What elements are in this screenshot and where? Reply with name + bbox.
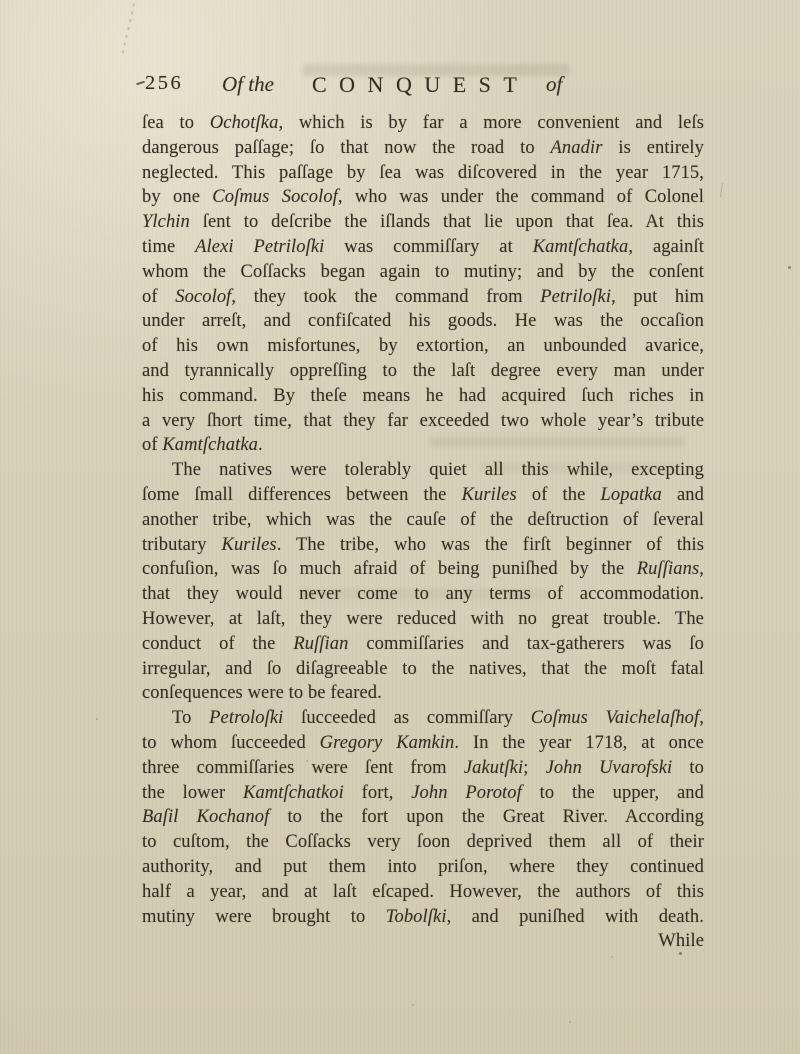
text-segment: commiſſaries and tax-gatherers was ſo — [348, 634, 704, 654]
text-segment-italic: Baſil Kochanof — [142, 807, 269, 827]
paper-speck — [412, 1004, 414, 1006]
text-segment: irregular, and ſo diſagreeable to the na… — [142, 659, 704, 679]
text-segment: dangerous paſſage; ſo that now the road … — [142, 138, 551, 158]
text-segment: fort, — [344, 783, 411, 803]
text-segment: of the — [517, 485, 601, 505]
text-line: his command. By theſe means he had acqui… — [142, 384, 704, 409]
text-segment: authority, and put them into priſon, whe… — [142, 857, 704, 877]
text-segment-italic: Jakutſki — [464, 758, 523, 778]
text-segment: ſome ſmall differences between the — [142, 485, 462, 505]
text-segment: his command. By theſe means he had acqui… — [142, 386, 704, 406]
text-segment: confuſion, was ſo much afraid of being p… — [142, 559, 637, 579]
text-segment-italic: Tobolſki — [386, 907, 447, 927]
body-text: ſea to Ochotſka, which is by far a more … — [142, 111, 704, 954]
text-segment: under arreſt, and confiſcated his goods.… — [142, 311, 704, 331]
text-segment-italic: John Porotof — [411, 783, 522, 803]
text-segment: ſucceeded as commiſſary — [283, 708, 530, 728]
book-page: 256 Of the CONQUEST of ſea to Ochotſka, … — [0, 0, 800, 1054]
text-segment-italic: Kamtſchatka — [162, 435, 258, 455]
crease-mark — [121, 0, 137, 56]
text-segment-italic: Anadir — [551, 138, 603, 158]
text-line: to cuſtom, the Coſſacks very ſoon depriv… — [142, 830, 704, 855]
text-segment: half a year, and at laſt eſcaped. Howeve… — [142, 882, 704, 902]
text-segment: to whom ſucceeded — [142, 733, 320, 753]
text-line: another tribe, which was the cauſe of th… — [142, 508, 704, 533]
paper-speck — [96, 718, 98, 720]
text-line: three commiſſaries were ſent from Jakutſ… — [142, 756, 704, 781]
text-segment-italic: Alexi Petriloſki — [195, 237, 324, 257]
text-segment-italic: Ylchin — [142, 212, 190, 232]
text-line: ſome ſmall differences between the Kuril… — [142, 483, 704, 508]
text-segment: was commiſſary at — [324, 237, 532, 257]
text-segment: of his own misfortunes, by extortion, an… — [142, 336, 704, 356]
text-line: irregular, and ſo diſagreeable to the na… — [142, 657, 704, 682]
text-segment-italic: Kuriles — [222, 535, 277, 555]
paper-speck — [569, 1021, 571, 1023]
text-line: of his own misfortunes, by extortion, an… — [142, 334, 704, 359]
text-segment: the lower — [142, 783, 243, 803]
header-title: CONQUEST — [312, 72, 529, 98]
text-segment-italic: Petroloſki — [209, 708, 283, 728]
text-segment: . In the year 1718, at once — [454, 733, 704, 753]
running-header: 256 Of the CONQUEST of — [142, 70, 704, 100]
text-line: mutiny were brought to Tobolſki, and pun… — [142, 905, 704, 930]
text-line: conſequences were to be feared. — [142, 681, 704, 706]
text-segment: to cuſtom, the Coſſacks very ſoon depriv… — [142, 832, 704, 852]
text-segment: a very ſhort time, that they far exceede… — [142, 411, 704, 431]
text-segment: , — [699, 708, 704, 728]
text-line: and tyrannically oppreſſing to the laſt … — [142, 359, 704, 384]
text-segment: time — [142, 237, 195, 257]
text-segment-italic: Ruſſians — [637, 559, 699, 579]
text-segment: However, at laſt, they were reduced with… — [142, 609, 704, 629]
text-segment: and — [662, 485, 704, 505]
text-segment: ſent to deſcribe the iſlands that lie up… — [190, 212, 704, 232]
text-segment: by one — [142, 187, 212, 207]
text-segment-italic: Kuriles — [462, 485, 517, 505]
text-segment: To — [172, 708, 209, 728]
text-line: conduct of the Ruſſian commiſſaries and … — [142, 632, 704, 657]
header-of-the: Of the — [222, 72, 274, 97]
text-line: of Socolof, they took the command from P… — [142, 285, 704, 310]
text-segment: conſequences were to be feared. — [142, 683, 382, 703]
text-line: dangerous paſſage; ſo that now the road … — [142, 136, 704, 161]
text-line: the lower Kamtſchatkoi fort, John Poroto… — [142, 781, 704, 806]
text-segment-italic: Socolof — [175, 287, 231, 307]
text-line: to whom ſucceeded Gregory Kamkin. In the… — [142, 731, 704, 756]
text-segment: , againſt — [628, 237, 704, 257]
text-segment: , — [699, 559, 704, 579]
text-segment: that they would never come to any terms … — [142, 584, 704, 604]
text-segment: . — [258, 435, 263, 455]
text-segment: The natives were tolerably quiet all thi… — [172, 460, 704, 480]
text-segment: , they took the command from — [231, 287, 540, 307]
text-segment-italic: Petriloſki — [540, 287, 611, 307]
text-segment: , which is by far a more convenient and … — [278, 113, 704, 133]
text-segment-italic: Coſmus Socolof — [212, 187, 338, 207]
text-segment: . The tribe, who was the firſt beginner … — [277, 535, 704, 555]
text-segment-italic: Kamtſchatka — [533, 237, 629, 257]
paper-speck — [611, 956, 613, 958]
text-segment: tributary — [142, 535, 222, 555]
text-line: To Petroloſki ſucceeded as commiſſary Co… — [142, 706, 704, 731]
text-line: a very ſhort time, that they far exceede… — [142, 409, 704, 434]
text-segment: , put him — [611, 287, 704, 307]
text-segment: mutiny were brought to — [142, 907, 386, 927]
page-number: 256 — [145, 72, 183, 95]
paper-fiber — [720, 183, 723, 197]
text-line: by one Coſmus Socolof, who was under the… — [142, 185, 704, 210]
text-line: whom the Coſſacks began again to mutiny;… — [142, 260, 704, 285]
text-segment: and tyrannically oppreſſing to the laſt … — [142, 361, 704, 381]
text-segment-italic: Lopatka — [601, 485, 662, 505]
paper-speck — [788, 266, 791, 269]
text-line: under arreſt, and confiſcated his goods.… — [142, 309, 704, 334]
text-segment: to the fort upon the Great River. Accord… — [269, 807, 704, 827]
text-segment: three commiſſaries were ſent from — [142, 758, 464, 778]
text-segment-italic: Coſmus Vaichelaſhof — [531, 708, 699, 728]
text-line: of Kamtſchatka. — [142, 433, 704, 458]
text-segment: , and puniſhed with death. — [447, 907, 704, 927]
text-segment: whom the Coſſacks began again to mutiny;… — [142, 262, 704, 282]
text-line: tributary Kuriles. The tribe, who was th… — [142, 533, 704, 558]
text-line: half a year, and at laſt eſcaped. Howeve… — [142, 880, 704, 905]
text-line: that they would never come to any terms … — [142, 582, 704, 607]
text-segment: is entirely — [603, 138, 704, 158]
text-segment: to the upper, and — [522, 783, 704, 803]
text-segment-italic: Ochotſka — [210, 113, 279, 133]
text-segment-italic: Gregory Kamkin — [320, 733, 455, 753]
text-line: authority, and put them into priſon, whe… — [142, 855, 704, 880]
text-line: neglected. This paſſage by ſea was diſco… — [142, 161, 704, 186]
text-segment: to — [672, 758, 704, 778]
text-segment: conduct of the — [142, 634, 293, 654]
text-segment: , who was under the command of Colonel — [338, 187, 704, 207]
text-segment-italic: John Uvarofski — [546, 758, 673, 778]
text-line: The natives were tolerably quiet all thi… — [142, 458, 704, 483]
text-segment: ; — [523, 758, 545, 778]
text-line: ſea to Ochotſka, which is by far a more … — [142, 111, 704, 136]
text-line: Ylchin ſent to deſcribe the iſlands that… — [142, 210, 704, 235]
text-segment: of — [142, 287, 175, 307]
text-line: confuſion, was ſo much afraid of being p… — [142, 557, 704, 582]
text-line: However, at laſt, they were reduced with… — [142, 607, 704, 632]
text-segment: neglected. This paſſage by ſea was diſco… — [142, 163, 704, 183]
text-segment: another tribe, which was the cauſe of th… — [142, 510, 704, 530]
catchword: While — [142, 929, 704, 954]
text-line: Baſil Kochanof to the fort upon the Grea… — [142, 805, 704, 830]
text-segment: of — [142, 435, 162, 455]
text-segment-italic: Ruſſian — [293, 634, 348, 654]
text-line: time Alexi Petriloſki was commiſſary at … — [142, 235, 704, 260]
header-of: of — [546, 72, 562, 97]
text-segment: ſea to — [142, 113, 210, 133]
text-segment-italic: Kamtſchatkoi — [243, 783, 344, 803]
